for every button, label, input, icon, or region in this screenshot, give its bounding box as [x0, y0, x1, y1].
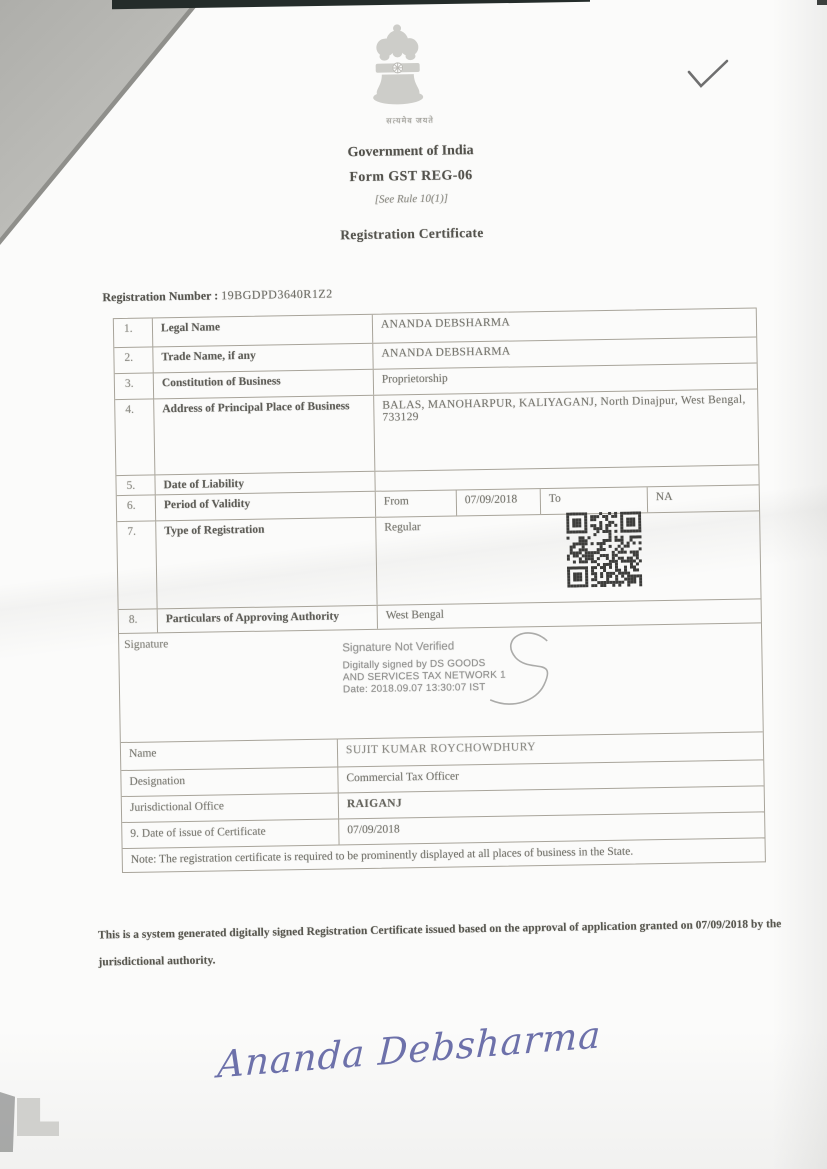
- row-label: Type of Registration: [156, 518, 377, 609]
- row-number: 2.: [114, 347, 153, 373]
- qr-code: [566, 511, 642, 587]
- registration-number-value: 19BGDPD3640R1Z2: [221, 286, 333, 302]
- signature-not-verified-text: Signature Not Verified: [342, 640, 505, 655]
- table-row-type-of-registration: 7. Type of Registration Regular: [117, 510, 760, 609]
- validity-to-label: To: [541, 487, 648, 514]
- digitally-signed-line3: Date: 2018.09.07 13:30:07 IST: [343, 682, 506, 697]
- row-number: 8.: [119, 609, 158, 633]
- row-number: 6.: [117, 495, 156, 521]
- row-value: Regular: [384, 521, 421, 534]
- row-label: Trade Name, if any: [153, 344, 373, 373]
- officer-row-label: 9. Date of issue of Certificate: [122, 819, 339, 848]
- certificate-title: Registration Certificate: [0, 219, 826, 249]
- rule-reference: [See Rule 10(1)]: [0, 186, 825, 212]
- registration-number-line: Registration Number : 19BGDPD3640R1Z2: [102, 286, 332, 305]
- row-number: 3.: [115, 373, 154, 399]
- digital-signature-block: Signature Not Verified Digitally signed …: [342, 640, 506, 697]
- row-label: Date of Liability: [155, 472, 375, 495]
- handwritten-signature: Ananda Debsharma: [217, 1013, 603, 1086]
- validity-to-date: NA: [648, 485, 759, 512]
- officer-row-label: Designation: [121, 767, 338, 796]
- government-title: Government of India: [0, 137, 824, 167]
- row-label: Constitution of Business: [154, 370, 374, 399]
- row-value-container: Regular: [376, 511, 760, 604]
- emblem-of-india-icon: [347, 21, 449, 117]
- certificate-table: 1. Legal Name ANANDA DEBSHARMA 2. Trade …: [113, 307, 766, 873]
- row-number: 7.: [117, 521, 157, 609]
- table-row: 4. Address of Principal Place of Busines…: [115, 388, 758, 475]
- row-number: 4.: [115, 399, 155, 475]
- row-number: 5.: [116, 475, 155, 495]
- row-number: 1.: [114, 318, 153, 347]
- certificate-page: सत्यमेव जयते Government of India Form GS…: [0, 0, 827, 1169]
- signature-row: Signature Signature Not Verified Digital…: [119, 622, 763, 742]
- officer-row-label: Jurisdictional Office: [122, 793, 339, 822]
- row-label: Address of Principal Place of Business: [154, 396, 375, 475]
- signature-label: Signature: [124, 638, 168, 651]
- system-generated-statement: This is a system generated digitally sig…: [98, 911, 809, 977]
- validity-from-date: 07/09/2018: [457, 489, 541, 515]
- row-label: Period of Validity: [156, 492, 376, 521]
- row-label: Legal Name: [153, 315, 373, 347]
- row-value: BALAS, MANOHARPUR, KALIYAGANJ, North Din…: [374, 389, 758, 470]
- officer-row-label: Name: [121, 739, 338, 770]
- validity-from-label: From: [376, 490, 457, 516]
- registration-number-label: Registration Number :: [102, 288, 218, 304]
